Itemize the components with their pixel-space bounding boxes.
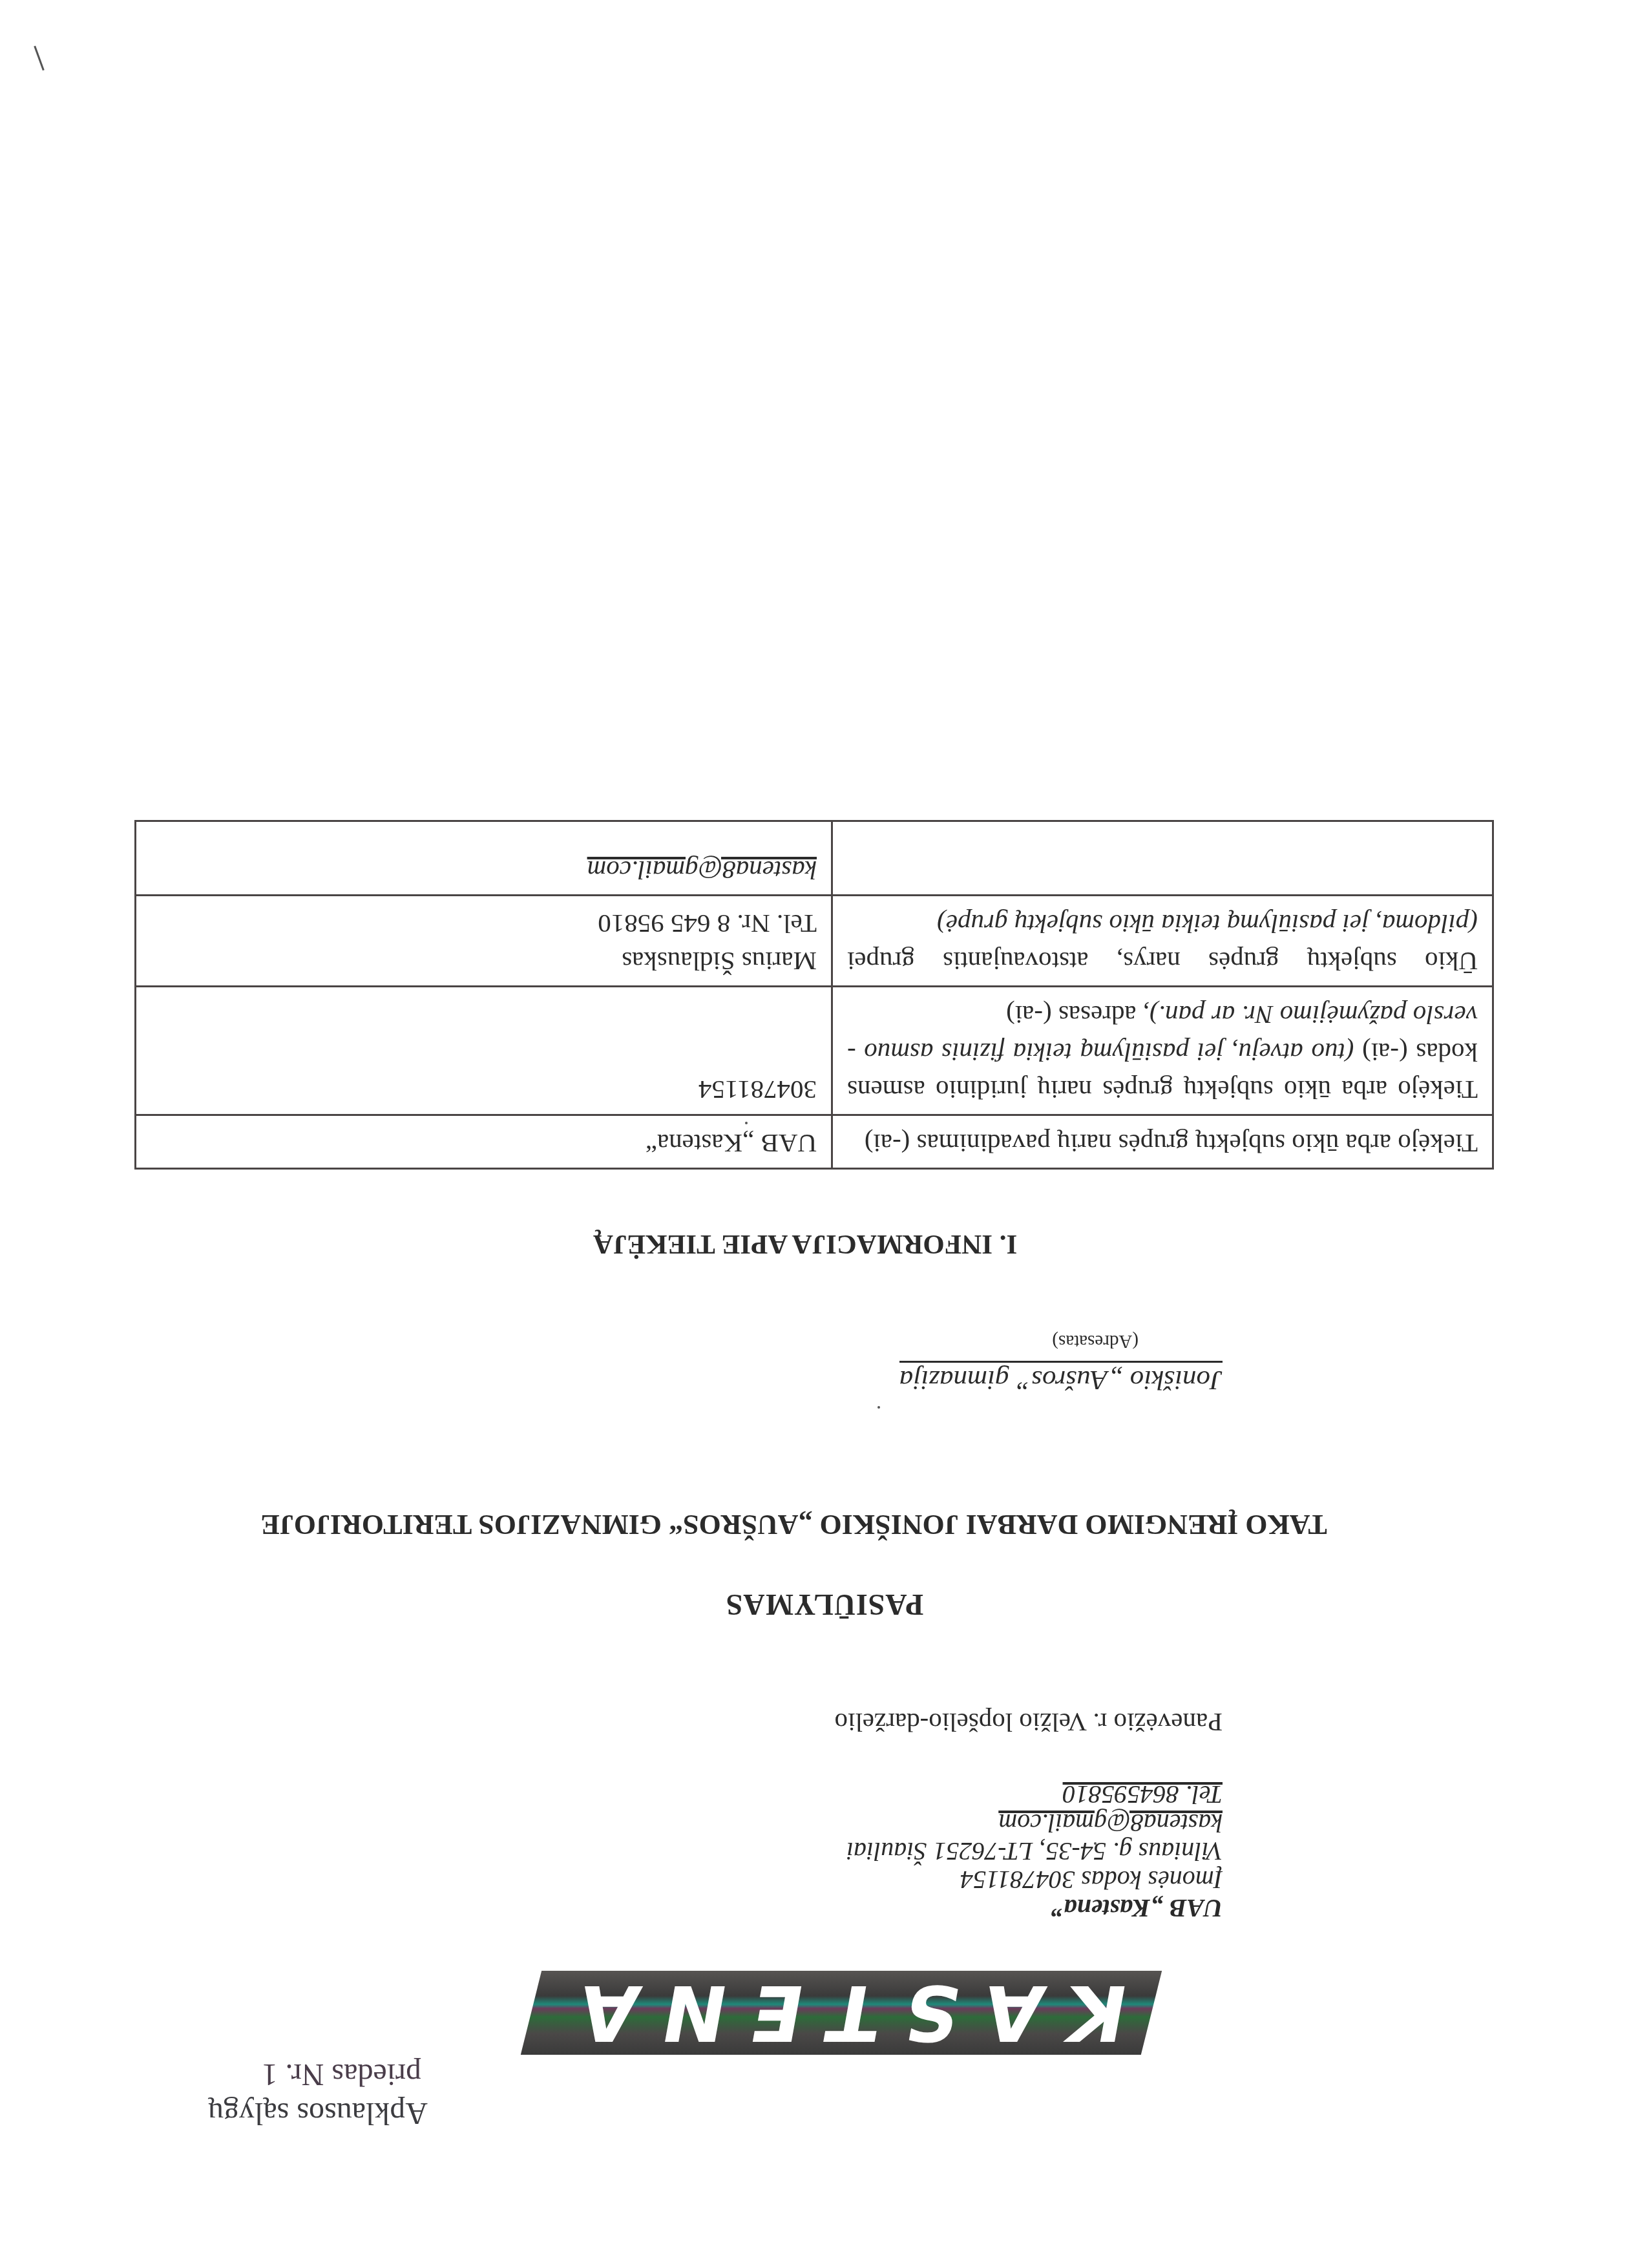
scan-mark [34, 46, 45, 71]
kastena-logo: KASTENA [521, 1971, 1162, 2055]
supplier-email: kastena8@gmail.com [846, 1809, 1223, 1837]
addressee: Joniškio „Aušros” gimnazija (Adresatas) [899, 1330, 1223, 1396]
table-row: Ūkio subjektų grupės narys, atstovaujant… [136, 896, 1493, 987]
representative-phone: Tel. Nr. 8 645 95810 [151, 905, 817, 943]
supplier-phone: Tel. 864595810 [846, 1780, 1223, 1809]
row-label: Tiekėjo arba ūkio subjektų grupės narių … [832, 1115, 1493, 1169]
addressee-caption: (Adresatas) [899, 1330, 1223, 1352]
scan-speck [745, 1122, 748, 1124]
supplier-details: UAB „Kastena” Įmonės kodas 304781154 Vil… [846, 1780, 1223, 1922]
recipient-line: Panevėžio r. Velžio lopšelio-darželio [835, 1707, 1223, 1738]
supplier-address: Vilniaus g. 54-35, LT-76251 Šiauliai [846, 1837, 1223, 1865]
representative-email: kastena8@gmail.com [587, 856, 817, 885]
scan-speck [877, 1406, 880, 1409]
representative-name: Marius Šidlauskas [151, 943, 817, 980]
supplier-info-table: Tiekėjo arba ūkio subjektų grupės narių … [134, 820, 1494, 1170]
table-row: Tiekėjo arba ūkio subjektų grupės narių … [136, 987, 1493, 1115]
row-value: kastena8@gmail.com [136, 821, 832, 896]
row-value: 304781154 [136, 987, 832, 1115]
document-subject: TAKO ĮRENGIMO DARBAI JONIŠKIO „AUŠROS“ G… [0, 1508, 1649, 1541]
scanned-document-page: Apklausos sąlygų priedas Nr. 1 KASTENA U… [0, 0, 1649, 2268]
appendix-line-1: Apklausos sąlygų [208, 2094, 428, 2132]
row-label: Tiekėjo arba ūkio subjektų grupės narių … [832, 987, 1493, 1115]
row-label: Ūkio subjektų grupės narys, atstovaujant… [832, 896, 1493, 987]
addressee-name: Joniškio „Aušros” gimnazija [899, 1361, 1223, 1396]
row-value: Marius Šidlauskas Tel. Nr. 8 645 95810 [136, 896, 832, 987]
supplier-company-code: Įmonės kodas 304781154 [846, 1865, 1223, 1894]
logo-text: KASTENA [547, 1968, 1135, 2057]
section-heading: I. INFORMACIJA APIE TIEKĖJĄ [0, 1228, 1649, 1260]
scan-speck [1094, 1842, 1097, 1845]
appendix-line-2: priedas Nr. 1 [208, 2055, 428, 2094]
row-value: UAB „Kastena“ [136, 1115, 832, 1169]
table-row: Tiekėjo arba ūkio subjektų grupės narių … [136, 1115, 1493, 1169]
appendix-note: Apklausos sąlygų priedas Nr. 1 [208, 2055, 428, 2132]
table-row: kastena8@gmail.com [136, 821, 1493, 896]
document-title: PASIŪLYMAS [0, 1588, 1649, 1622]
supplier-name: UAB „Kastena” [846, 1894, 1223, 1922]
row-label [832, 821, 1493, 896]
